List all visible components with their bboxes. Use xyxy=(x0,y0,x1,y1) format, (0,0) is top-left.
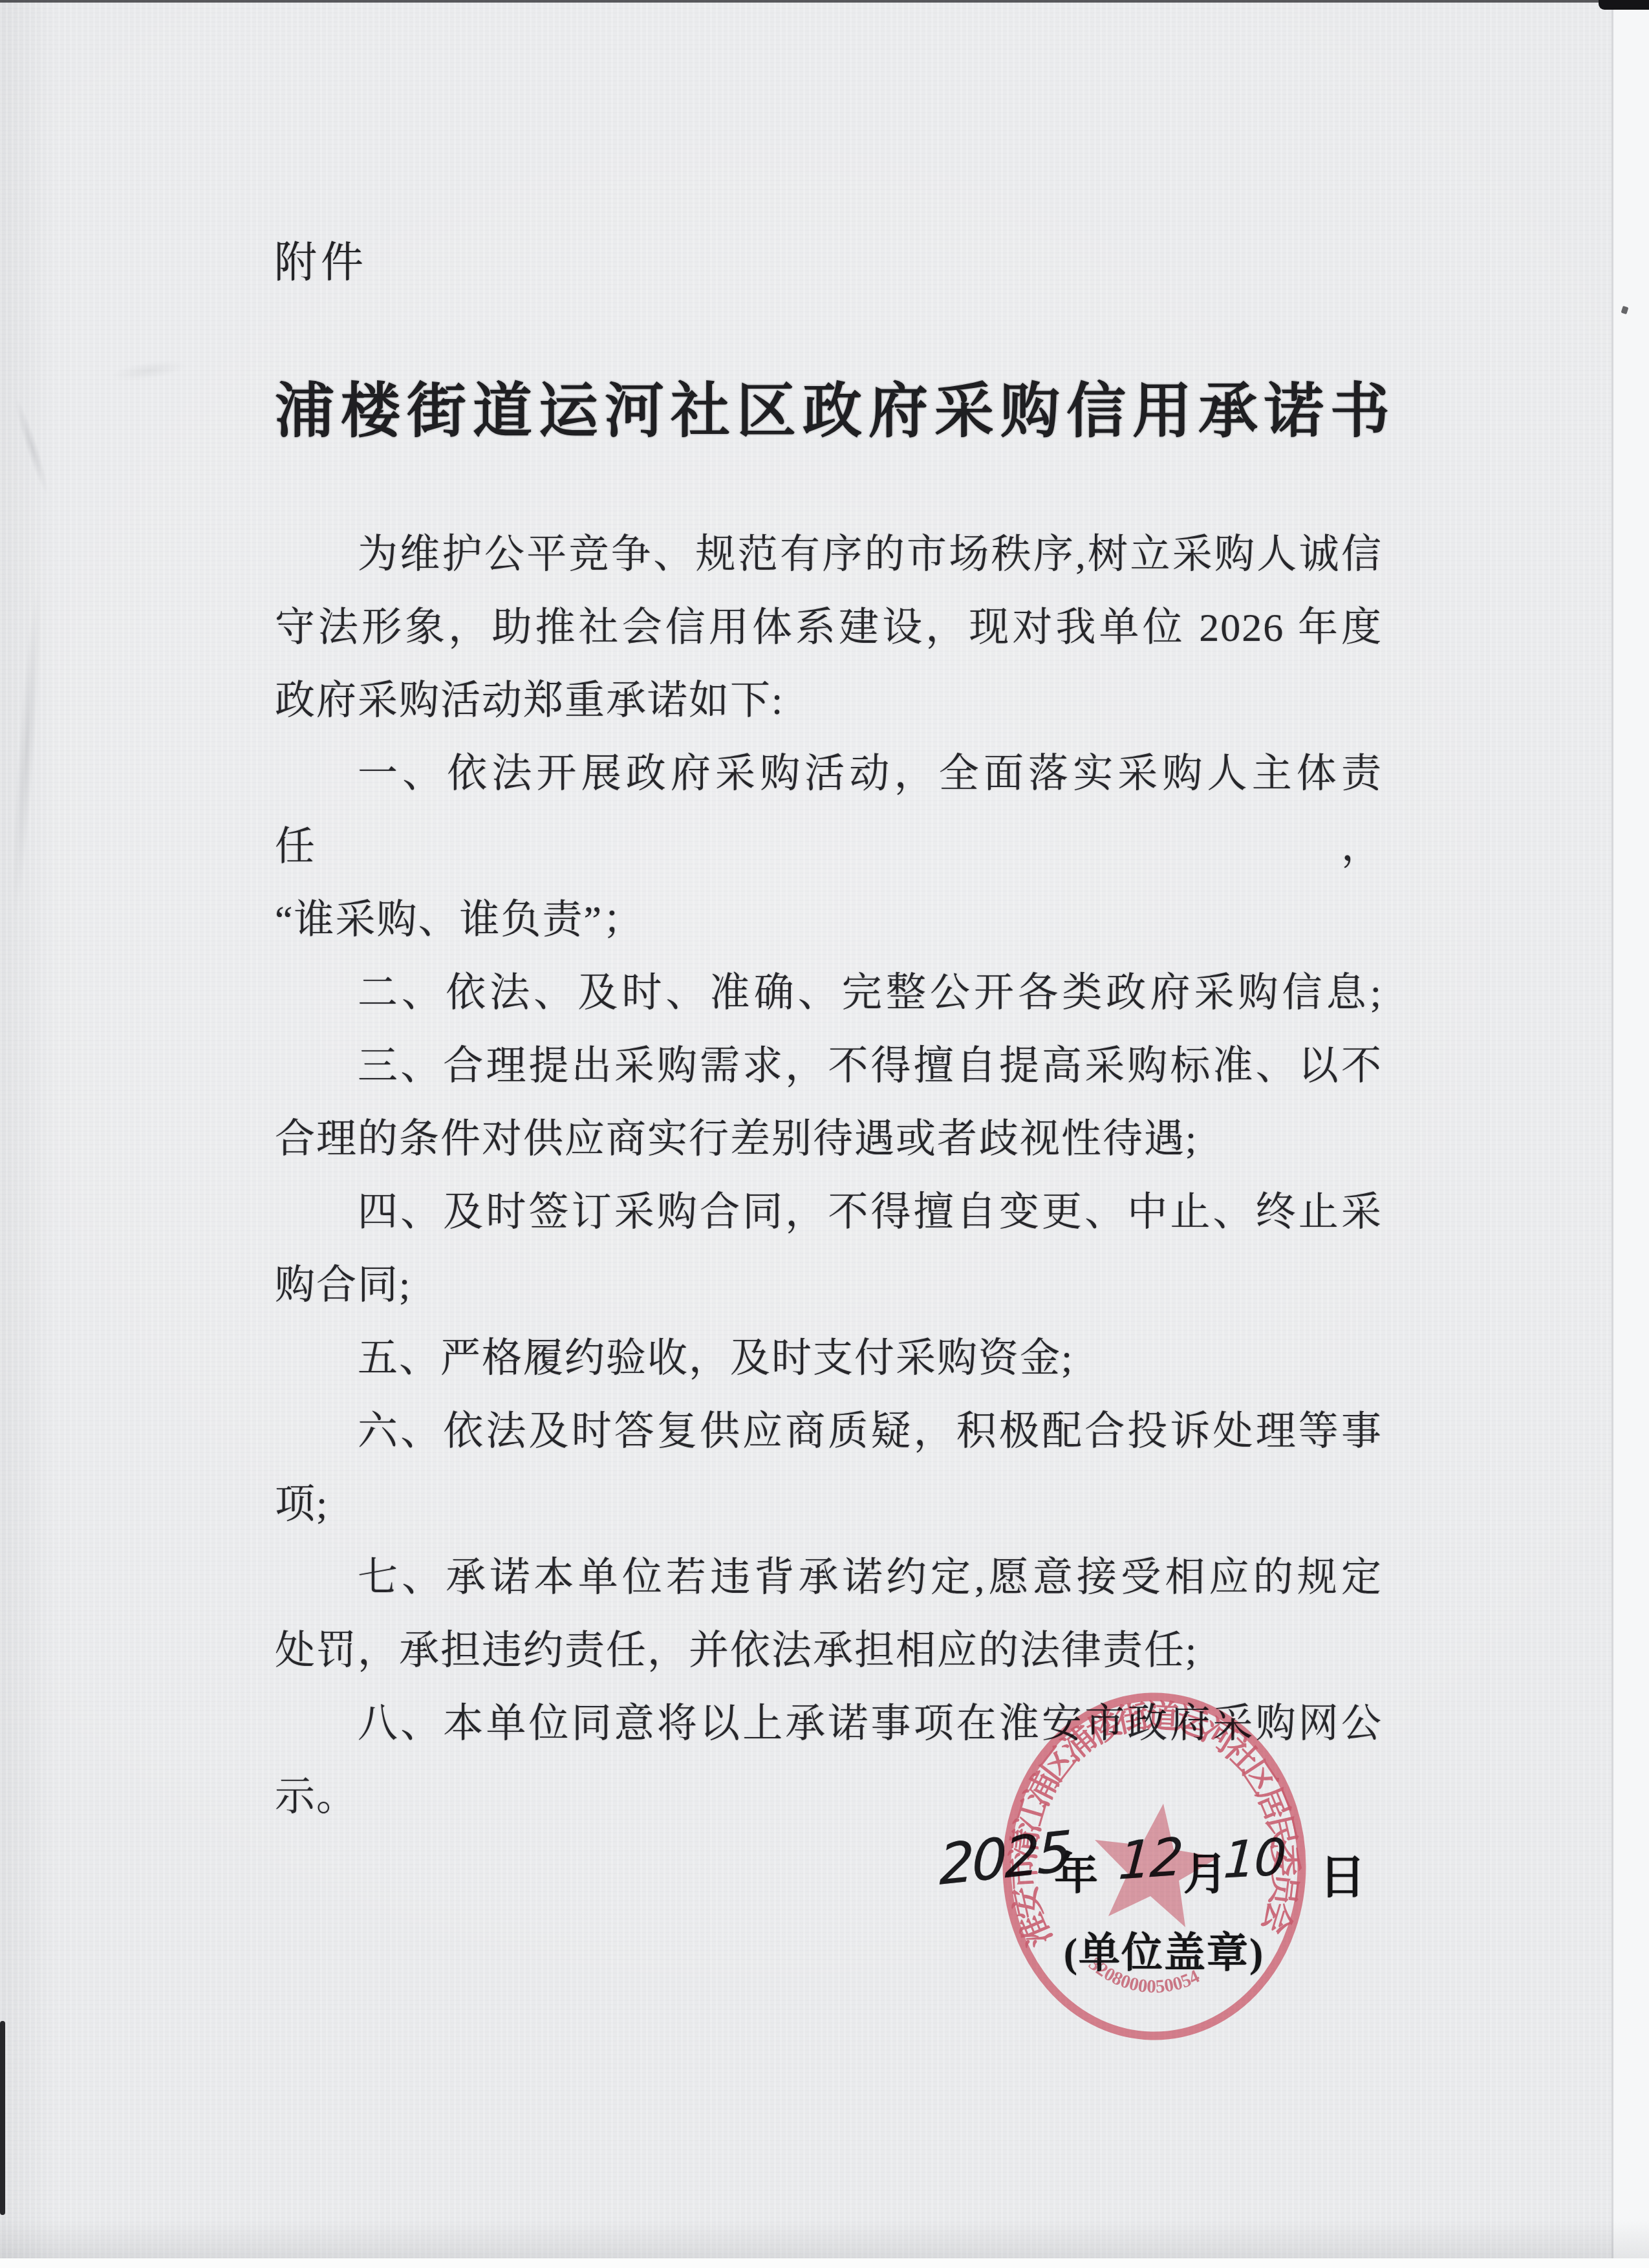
scan-bottom-shadow xyxy=(0,2219,1649,2258)
body-line: 一、依法开展政府采购活动，全面落实采购人主体责任， xyxy=(275,738,1383,884)
scan-bottom-strip xyxy=(0,2258,1649,2268)
official-seal-stamp: 淮安市清江浦区浦楼街道运河社区居民委员会 3208000050054 xyxy=(993,1681,1329,2057)
paper-crease xyxy=(6,582,47,919)
scan-corner-mark xyxy=(1599,0,1649,10)
seal-star-icon xyxy=(1095,1804,1219,1927)
body-line: 五、严格履约验收，及时支付采购资金; xyxy=(275,1323,1383,1396)
body-line: 二、依法、及时、准确、完整公开各类政府采购信息; xyxy=(275,957,1383,1030)
seal-serial-number: 3208000050054 xyxy=(1084,1954,1203,1997)
paper-crease xyxy=(10,395,54,497)
body-line: 政府采购活动郑重承诺如下: xyxy=(275,665,1383,738)
scan-edge-top xyxy=(0,0,1649,3)
body-line: 处罚，承担违约责任，并依法承担相应的法律责任; xyxy=(275,1615,1383,1688)
body-line: 项; xyxy=(275,1469,1383,1542)
body-line: 四、及时签订采购合同，不得擅自变更、中止、终止采 xyxy=(275,1176,1383,1249)
scanned-document-page: 附件 浦楼街道运河社区政府采购信用承诺书 为维护公平竞争、规范有序的市场秩序,树… xyxy=(0,0,1649,2268)
scan-right-strip xyxy=(1611,0,1649,2268)
document-body: 为维护公平竞争、规范有序的市场秩序,树立采购人诚信守法形象，助推社会信用体系建设… xyxy=(275,519,1383,1834)
document-title: 浦楼街道运河社区政府采购信用承诺书 xyxy=(275,363,1383,449)
seal-graphic: 淮安市清江浦区浦楼街道运河社区居民委员会 3208000050054 xyxy=(1005,1697,1304,2036)
body-line: 合理的条件对供应商实行差别待遇或者歧视性待遇; xyxy=(275,1103,1383,1176)
body-line: 三、合理提出采购需求，不得擅自提高采购标准、以不 xyxy=(275,1030,1383,1103)
body-line: “谁采购、谁负责”； xyxy=(275,884,1383,957)
paper-crease xyxy=(109,357,188,384)
scan-edge-left xyxy=(0,2021,5,2215)
body-line: 为维护公平竞争、规范有序的市场秩序,树立采购人诚信 xyxy=(275,519,1383,592)
body-line: 购合同; xyxy=(275,1249,1383,1323)
attachment-label: 附件 xyxy=(274,228,367,289)
body-line: 七、承诺本单位若违背承诺约定,愿意接受相应的规定 xyxy=(275,1542,1383,1615)
body-line: 六、依法及时答复供应商质疑，积极配合投诉处理等事 xyxy=(275,1396,1383,1469)
body-line: 守法形象，助推社会信用体系建设，现对我单位 2026 年度 xyxy=(275,592,1383,665)
